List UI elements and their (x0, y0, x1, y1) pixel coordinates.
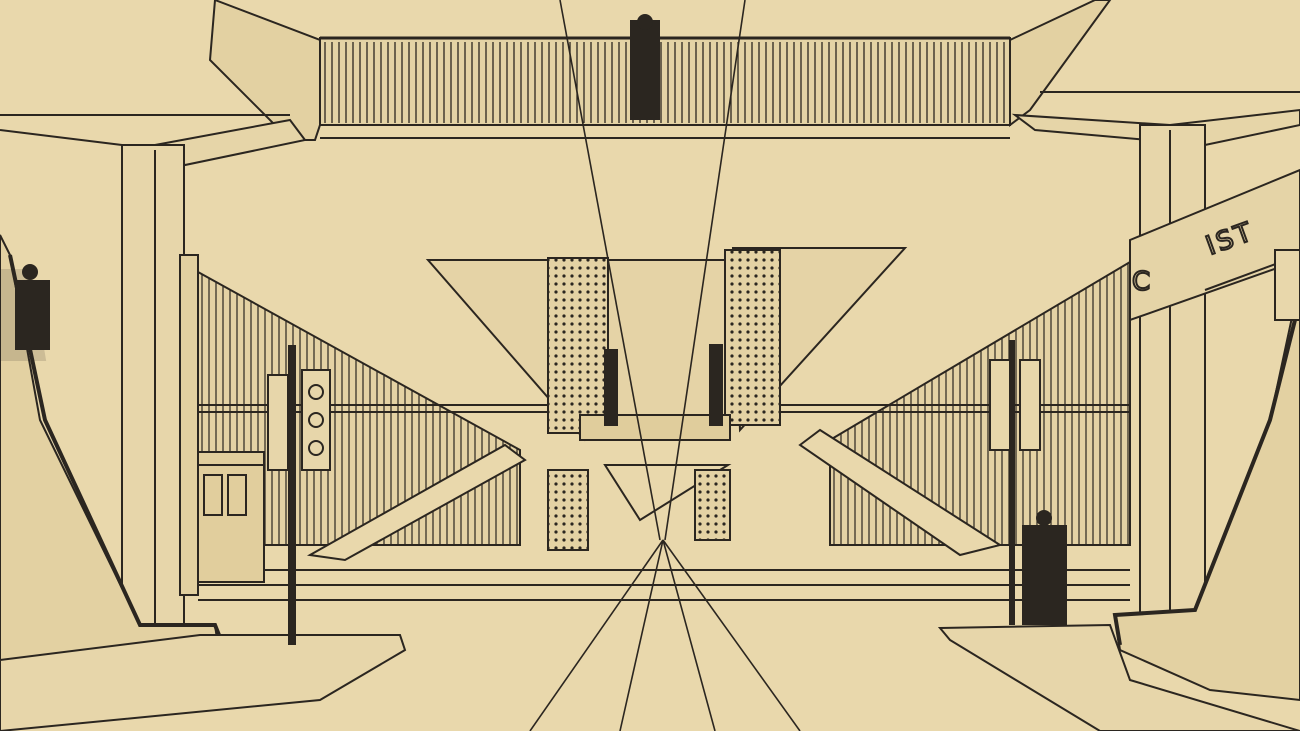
tram (198, 452, 264, 582)
perspective-drawing: IST C (0, 0, 1300, 731)
sign-partial-glyph: C (1132, 267, 1153, 297)
illustration-canvas: IST C (0, 0, 1300, 731)
